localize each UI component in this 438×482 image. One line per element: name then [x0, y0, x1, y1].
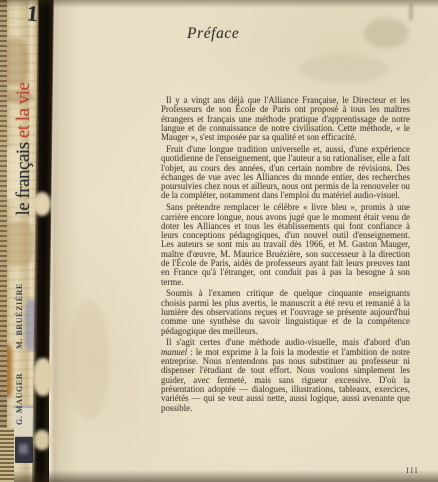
spine-title-part-dark: le français — [13, 138, 34, 215]
scanned-book-photo: Préface Il y a vingt ans déjà que l'Alli… — [0, 0, 438, 482]
preface-heading: Préface — [187, 25, 239, 43]
book-page: Préface Il y a vingt ans déjà que l'Alli… — [49, 0, 438, 482]
top-shadow — [0, 0, 438, 8]
paper-stain — [69, 300, 109, 420]
paragraph-5-end: : le mot exprime à la fois la modestie e… — [161, 347, 410, 413]
paper-stain — [299, 55, 389, 83]
spine-title: le français et la vie — [11, 54, 37, 244]
preface-paragraph-1: Il y a vingt ans déjà que l'Alliance Fra… — [161, 96, 410, 142]
preface-paragraph-3: Sans prétendre remplacer le célèbre « li… — [161, 203, 410, 287]
preface-text-block: Il y a vingt ans déjà que l'Alliance Fra… — [161, 96, 410, 415]
author-brueziere: M. BRUÉZIÈRE — [15, 283, 24, 349]
paper-stain — [364, 18, 409, 48]
preface-paragraph-5: Il s'agit certes d'une méthode audio-vis… — [161, 338, 410, 412]
spine-label-mark — [19, 444, 28, 454]
spine-title-part-red: et la vie — [13, 83, 34, 139]
gutter-shadow — [49, 0, 79, 482]
preface-paragraph-4: Soumis à l'examen critique de quelque ci… — [161, 289, 410, 335]
page-stack-edge — [0, 0, 7, 482]
bottom-shadow — [0, 470, 438, 482]
preface-paragraph-2: Fruit d'une longue tradition universelle… — [161, 145, 410, 201]
author-mauger: G. MAUGER — [15, 373, 24, 425]
spine-authors: G. MAUGER M. BRUÉZIÈRE — [13, 275, 25, 433]
spine-dark-label — [15, 437, 33, 463]
